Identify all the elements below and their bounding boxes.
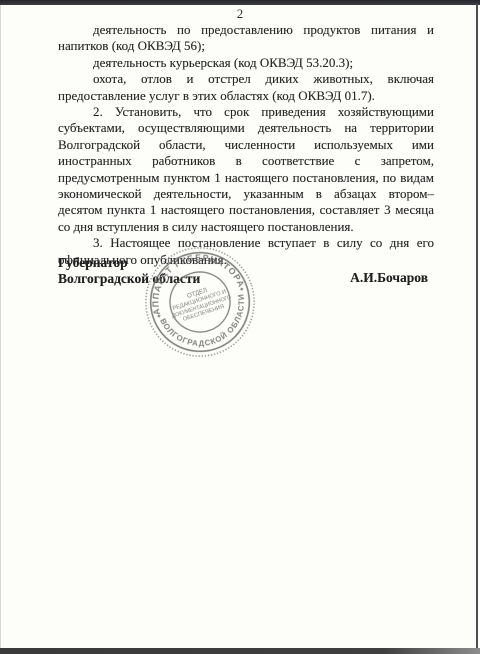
paragraph-activity-hunting: охота, отлов и отстрел диких животных, в… [58, 71, 434, 104]
page-border-top [0, 0, 480, 5]
paragraph-activity-courier: деятельность курьерская (код ОКВЭД 53.20… [58, 55, 434, 71]
page-border-left [0, 5, 1, 654]
page-border-bottom [0, 648, 480, 654]
page-border-right [476, 4, 478, 654]
page-number: 2 [0, 6, 480, 22]
document-page: 2 деятельность по предоставлению продукт… [0, 0, 480, 654]
document-body: деятельность по предоставлению продуктов… [58, 22, 434, 268]
signatory-title-line1: Губернатор [58, 255, 128, 271]
signatory-name: А.И.Бочаров [350, 270, 428, 286]
paragraph-activity-food: деятельность по предоставлению продуктов… [58, 22, 434, 55]
paragraph-clause-2: 2. Установить, что срок приведения хозяй… [58, 104, 434, 235]
stamp-separator-right-icon: ✦ [238, 286, 245, 294]
